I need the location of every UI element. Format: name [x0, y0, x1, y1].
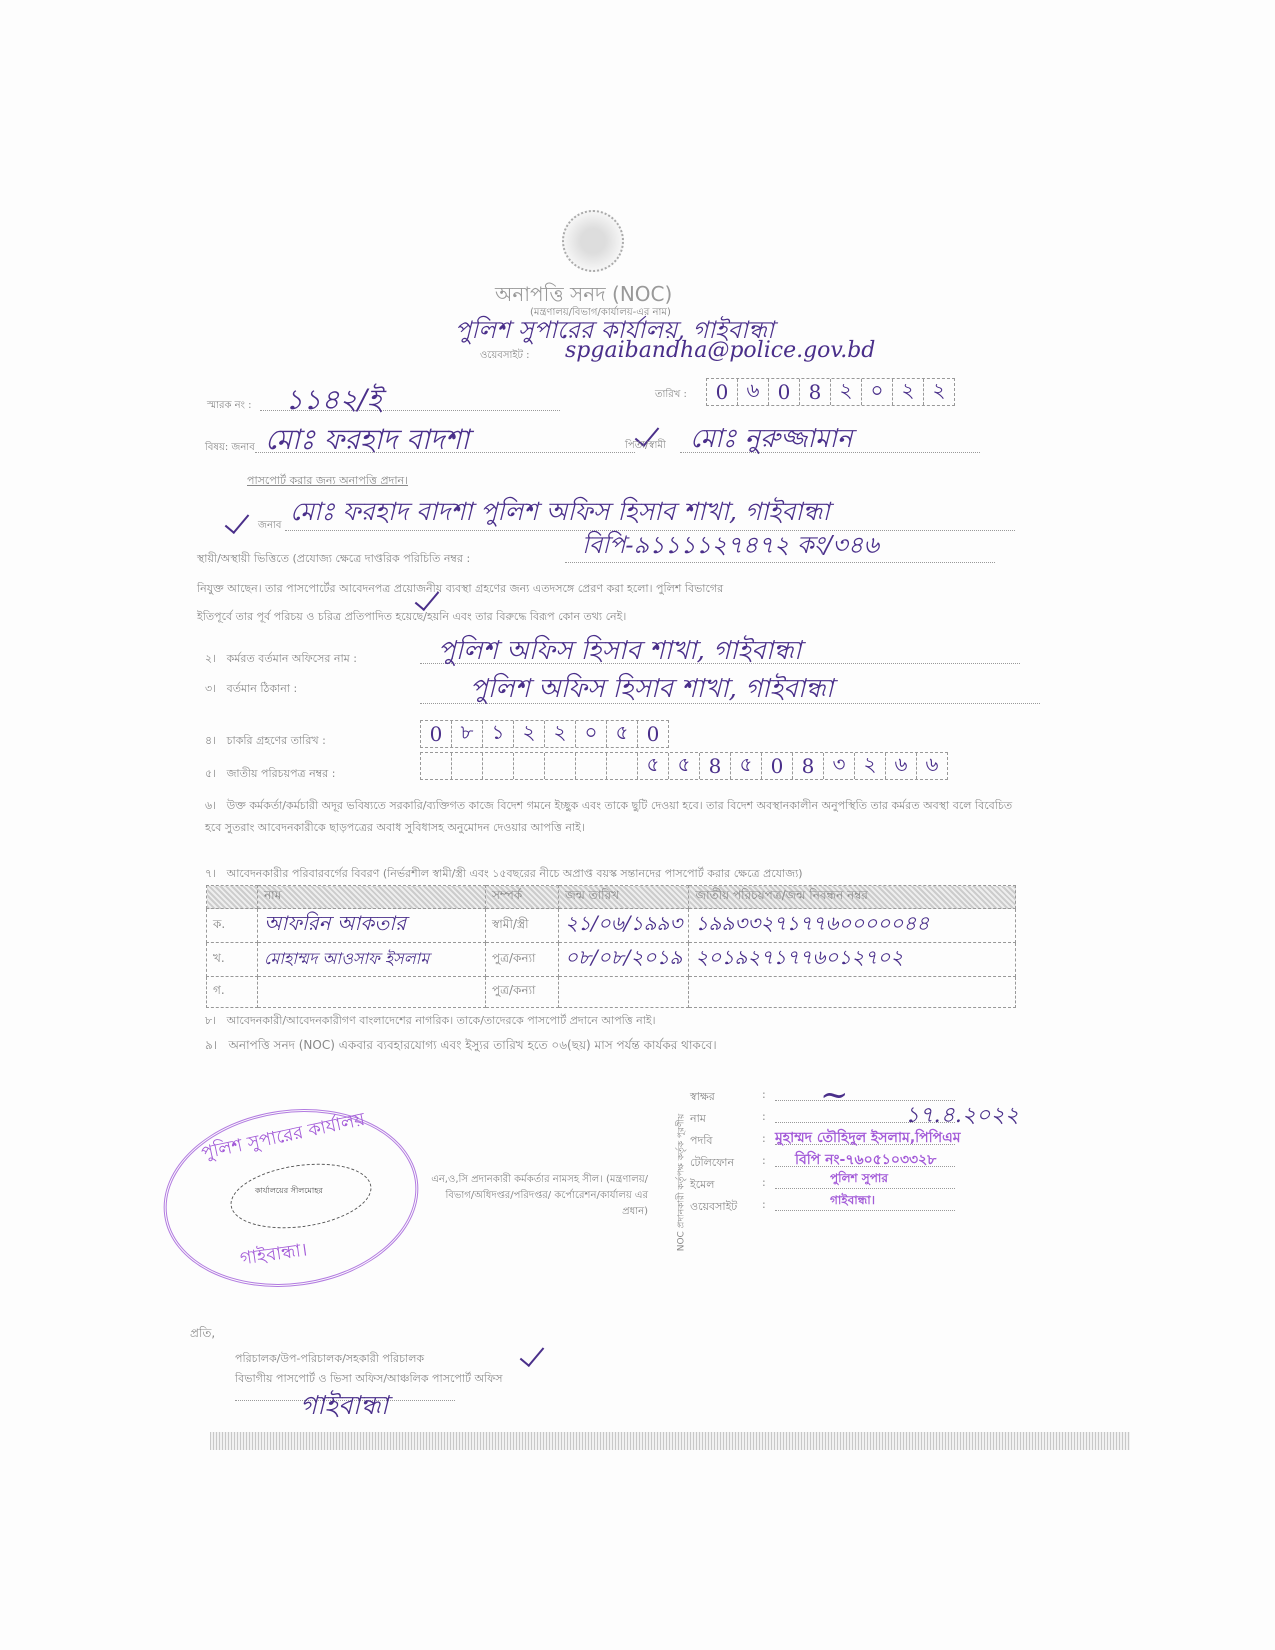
digit-box: ২ — [855, 753, 886, 779]
signatory-colon: : — [762, 1110, 766, 1123]
digit-box — [607, 753, 638, 779]
basis-label: স্থায়ী/অস্থায়ী ভিত্তিতে (প্রযোজ্য ক্ষে… — [197, 550, 470, 569]
subject-name-value: মোঃ ফরহাদ বাদশা — [265, 418, 469, 465]
table-row: গ. পুত্র/কন্যা — [207, 977, 1016, 1008]
digit-box: 8 — [800, 379, 831, 405]
field-3-value: পুলিশ অফিস হিসাব শাখা, গাইবান্ধা — [470, 668, 833, 712]
father-label: পিতা/স্বামী — [625, 438, 666, 455]
subject-purpose: পাসপোর্ট করার জন্য অনাপত্তি প্রদান। — [247, 472, 408, 491]
digit-box: ৬ — [917, 753, 947, 779]
field-3-label: ৩। বর্তমান ঠিকানা : — [205, 680, 297, 699]
digit-box: ২ — [893, 379, 924, 405]
digit-box: ৩ — [824, 753, 855, 779]
signatory-side-label: NOC প্রদানকারী কর্তৃপক্ষ কর্তৃক পূরণীয় — [673, 1114, 688, 1252]
signatory-colon: : — [762, 1176, 766, 1189]
website-value: spgaibandha@police.gov.bd — [565, 338, 875, 363]
family-table: নাম সম্পর্ক জন্ম তারিখ জাতীয় পরিচয়পত্র… — [206, 885, 1016, 1008]
digit-box — [421, 753, 452, 779]
digit-box: 0 — [421, 721, 452, 747]
government-seal-icon — [562, 210, 624, 272]
digit-box — [483, 753, 514, 779]
table-row: ক. আফরিন আকতার স্বামী/স্ত্রী ২১/০৬/১৯৯৩ … — [207, 909, 1016, 943]
website-label: ওয়েবসাইট : — [480, 348, 530, 365]
basis-value: বিপি-৯১১১১২৭৪৭২ কং/৩৪৬ — [582, 527, 879, 567]
signature: ~ — [820, 1075, 849, 1115]
date-label: তারিখ : — [655, 387, 687, 404]
field-5-label: ৫। জাতীয় পরিচয়পত্র নম্বর : — [205, 765, 335, 784]
digit-box: ৬ — [886, 753, 917, 779]
father-value: মোঃ নুরুজ্জামান — [690, 418, 852, 462]
signatory-colon: : — [762, 1132, 766, 1145]
recipient-line-1: পরিচালক/উপ-পরিচালক/সহকারী পরিচালক — [235, 1350, 424, 1369]
clause-6: ৬। উক্ত কর্মকর্তা/কর্মচারী অদূর ভবিষ্যতে… — [205, 795, 1015, 839]
digit-box: ৫ — [731, 753, 762, 779]
body-line-2: নিযুক্ত আছেন। তার পাসপোর্টের আবেদনপত্র প… — [197, 580, 723, 599]
digit-box: ১ — [483, 721, 514, 747]
digit-box: ২ — [924, 379, 954, 405]
digit-box: 8 — [793, 753, 824, 779]
signatory-label: ওয়েবসাইট — [690, 1198, 737, 1217]
table-header: নাম সম্পর্ক জন্ম তারিখ জাতীয় পরিচয়পত্র… — [207, 886, 1016, 909]
clause-9: ৯। অনাপত্তি সনদ (NOC) একবার ব্যবহারযোগ্য… — [205, 1037, 717, 1057]
digit-box — [452, 753, 483, 779]
signatory-colon: : — [762, 1088, 766, 1101]
subject-name-label: বিষয়: জনাব — [205, 440, 255, 457]
signatory-stamp-value: গাইবান্ধা। — [830, 1192, 875, 1212]
clause-8: ৮। আবেদনকারী/আবেদনকারীগণ বাংলাদেশের নাগর… — [205, 1012, 656, 1031]
digit-box: ৮ — [452, 721, 483, 747]
digit-box: 0 — [707, 379, 738, 405]
field-4-label: ৪। চাকরি গ্রহণের তারিখ : — [205, 732, 326, 751]
signatory-label: নাম — [690, 1110, 706, 1129]
digit-box — [514, 753, 545, 779]
digit-box: 8 — [700, 753, 731, 779]
sign-date: ১৭.৪.২০২২ — [905, 1098, 1019, 1135]
digit-box: ৫ — [638, 753, 669, 779]
seal-caption: এন,ও,সি প্রদানকারী কর্মকর্তার নামসহ সীল।… — [418, 1172, 648, 1220]
recipient-prati: প্রতি, — [190, 1325, 215, 1345]
signatory-label: ইমেল — [690, 1176, 714, 1195]
ref-label: স্মারক নং : — [207, 398, 251, 415]
table-row: খ. মোহাম্মদ আওসাফ ইসলাম পুত্র/কন্যা ০৮/০… — [207, 943, 1016, 977]
clause-7: ৭। আবেদনকারীর পরিবারবর্গের বিবরণ (নির্ভর… — [205, 865, 803, 884]
digit-box — [545, 753, 576, 779]
janab-label: জনাব — [258, 518, 281, 535]
recipient-place: গাইবান্ধা — [300, 1385, 388, 1429]
digit-box: ২ — [514, 721, 545, 747]
digit-box: ২ — [545, 721, 576, 747]
scan-noise-strip — [210, 1432, 1130, 1450]
body-line-3: ইতিপূর্বে তার পূর্ব পরিচয় ও চরিত্র প্রত… — [197, 608, 626, 627]
digit-box: ৫ — [669, 753, 700, 779]
seal-inner-text: কার্যালয়ের সীলমোহর — [255, 1185, 323, 1198]
digit-box: ২ — [831, 379, 862, 405]
digit-box: 0 — [762, 753, 793, 779]
digit-box — [576, 753, 607, 779]
nid-boxes: ৫৫8৫08৩২৬৬ — [420, 752, 948, 780]
signatory-stamp-value: পুলিশ সুপার — [830, 1170, 888, 1190]
digit-box: ৫ — [607, 721, 638, 747]
digit-box: ০ — [862, 379, 893, 405]
signatory-label: টেলিফোন — [690, 1154, 734, 1173]
digit-box: 0 — [638, 721, 668, 747]
signatory-stamp-value: বিপি নং-৭৬০৫১০৩৩২৮ — [795, 1148, 936, 1172]
digit-box: ৬ — [738, 379, 769, 405]
date-boxes: 0৬08২০২২ — [706, 378, 955, 406]
signatory-colon: : — [762, 1198, 766, 1211]
digit-box: ০ — [576, 721, 607, 747]
signatory-label: স্বাক্ষর — [690, 1088, 715, 1107]
signatory-colon: : — [762, 1154, 766, 1167]
digit-box: 0 — [769, 379, 800, 405]
signatory-label: পদবি — [690, 1132, 713, 1151]
joining-date-boxes: 0৮১২২০৫0 — [420, 720, 669, 748]
field-2-label: ২। কর্মরত বর্তমান অফিসের নাম : — [205, 650, 357, 669]
